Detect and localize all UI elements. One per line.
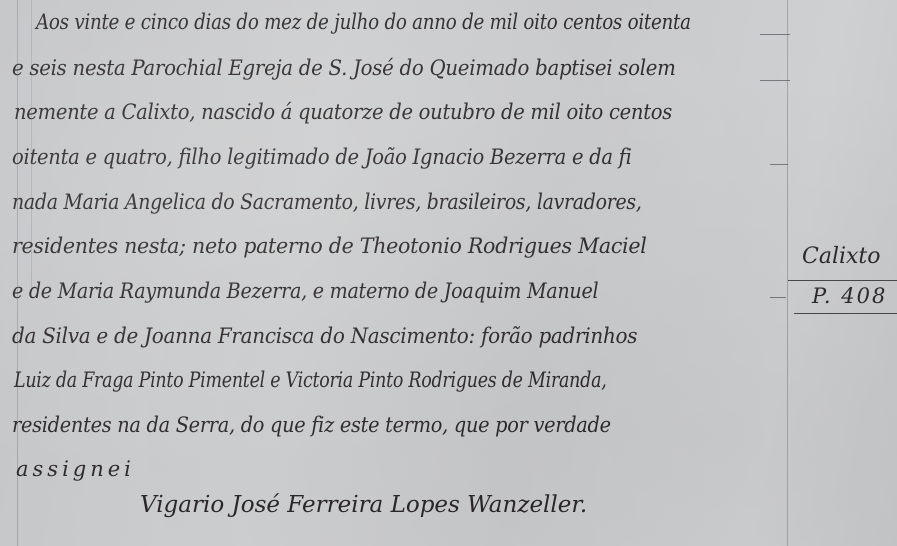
record-line-1: Aos vinte e cinco dias do mez de julho d… (36, 10, 691, 34)
document-page: Aos vinte e cinco dias do mez de julho d… (0, 0, 897, 546)
record-line-11: assignei (16, 457, 135, 481)
line-end-flourish (760, 80, 790, 81)
record-line-5: nada Maria Angelica do Sacramento, livre… (12, 190, 642, 214)
record-line-4: oitenta e quatro, filho legitimado de Jo… (12, 145, 632, 169)
record-line-7: e de Maria Raymunda Bezerra, e materno d… (12, 279, 598, 303)
record-line-10: residentes na da Serra, do que fiz este … (12, 413, 611, 437)
line-end-flourish (770, 297, 786, 298)
margin-note-page-ref: P. 408 (812, 284, 887, 308)
margin-note: Calixto P. 408 (788, 240, 897, 320)
margin-note-rule-bottom (794, 313, 897, 314)
line-end-flourish (770, 164, 788, 165)
margin-note-rule-top (788, 280, 897, 281)
priest-signature: Vigario José Ferreira Lopes Wanzeller. (140, 492, 587, 518)
record-line-9: Luiz da Fraga Pinto Pimentel e Victoria … (14, 368, 607, 392)
margin-note-name: Calixto (802, 244, 881, 269)
record-line-8: da Silva e de Joanna Francisca do Nascim… (12, 324, 637, 348)
record-line-3: nemente a Calixto, nascido á quatorze de… (14, 100, 672, 124)
record-line-2: e seis nesta Parochial Egreja de S. José… (12, 56, 676, 80)
line-end-flourish (760, 34, 790, 35)
record-line-6: residentes nesta; neto paterno de Theoto… (12, 234, 647, 258)
